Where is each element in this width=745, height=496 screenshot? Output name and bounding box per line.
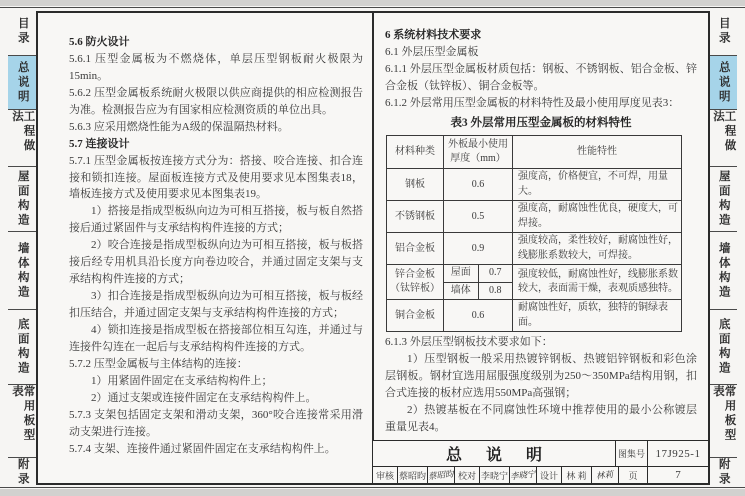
table-row: 铜合金板 0.6 耐腐蚀性好，质软，独特的铜绿表面。	[387, 300, 682, 332]
atlas-no-value: 17J925-1	[648, 441, 708, 466]
check-label: 校对	[455, 467, 480, 483]
tab-general-notes: 总说明	[709, 56, 737, 110]
table-row: 钢板 0.6 强度高，价格便宜，不可焊，用量大。	[387, 169, 682, 201]
clause-5-7-1-item-2: 2）咬合连接是指成型板纵向边为可相互搭接，板与板搭接后经专用机具沿长度方向卷边咬…	[69, 237, 363, 288]
page-border-bottom	[0, 487, 745, 488]
table3: 材料种类 外板最小使用厚度（mm） 性能特性 钢板 0.6 强度高，价格便宜，不…	[386, 135, 682, 332]
clause-6-1: 6.1 外层压型金属板	[385, 44, 697, 61]
left-tab-strip: 目录 总说明 工程做法 屋面构造 墙体构造 底面构造 常用板型表 附录	[8, 8, 36, 487]
clause-5-7-3: 5.7.3 支架包括固定支架和滑动支架，360°咬合连接常采用滑动支架进行连接。	[69, 407, 363, 441]
tab-appendix: 附录	[709, 458, 737, 487]
tab-contents: 目录	[709, 8, 737, 56]
clause-6-1-1: 6.1.1 外层压型金属板材质包括：钢板、不锈钢板、铝合金板、锌合金板（钛锌板）…	[385, 61, 697, 95]
tab-wall-construction: 墙体构造	[709, 232, 737, 310]
sheet-title: 总 说 明	[373, 441, 616, 466]
check-signature: 李晓宁	[510, 467, 537, 483]
table3-header-thickness: 外板最小使用厚度（mm）	[444, 136, 513, 169]
table3-props: 强度较低，耐腐蚀性好，线膨胀系数较大，表面需干燥，表观质感独特。	[513, 265, 682, 300]
section-6-heading: 6 系统材料技术要求	[385, 27, 697, 44]
clause-5-7-2-item-1: 1）用紧固件固定在支承结构构件上；	[69, 373, 363, 390]
document-page: 目录 总说明 工程做法 屋面构造 墙体构造 底面构造 常用板型表 附录 目录 总…	[0, 0, 745, 496]
clause-5-7-2-item-2: 2）通过支架或连接件固定在支承结构构件上。	[69, 390, 363, 407]
clause-5-7-heading: 5.7 连接设计	[69, 136, 363, 153]
right-column: 6 系统材料技术要求 6.1 外层压型金属板 6.1.1 外层压型金属板材质包括…	[374, 13, 708, 483]
clause-5-7-1-item-3: 3）扣合连接是指成型板纵向边为可相互搭接，板与板经扣压结合，并通过固定支架与支承…	[69, 288, 363, 322]
table3-thickness: 0.5	[444, 201, 513, 233]
tab-wall-construction: 墙体构造	[8, 232, 36, 310]
page-border-top	[0, 7, 745, 8]
table3-props: 强度高，价格便宜，不可焊，用量大。	[513, 169, 682, 201]
clause-5-6-heading: 5.6 防火设计	[69, 34, 363, 51]
table3-title: 表3 外层常用压型金属板的材料特性	[385, 115, 697, 133]
review-name: 蔡昭昀	[398, 467, 428, 483]
tab-soffit-construction: 底面构造	[8, 310, 36, 385]
tab-engineering-practice: 工程做法	[8, 110, 36, 167]
tab-roof-construction: 屋面构造	[8, 167, 36, 232]
table-row: 铝合金板 0.9 强度较高，柔性较好，耐腐蚀性好，线膨胀系数较大，可焊接。	[387, 233, 682, 265]
clause-6-1-2: 6.1.2 外层常用压型金属板的材料特性及最小使用厚度见表3：	[385, 95, 697, 112]
clause-5-7-2: 5.7.2 压型金属板与主体结构的连接：	[69, 356, 363, 373]
table3-thickness-split: 屋面 0.7 墙体 0.8	[444, 265, 513, 300]
tab-general-notes: 总说明	[8, 56, 36, 110]
design-name: 林 莉	[562, 467, 592, 483]
tab-appendix: 附录	[8, 458, 36, 487]
check-name: 李晓宁	[480, 467, 510, 483]
design-label: 设计	[537, 467, 562, 483]
scan-edge-bottom	[0, 489, 745, 496]
table3-props: 强度高，耐腐蚀性优良，硬度大，可焊接。	[513, 201, 682, 233]
clause-5-6-1: 5.6.1 压型金属板为不燃烧体，单层压型钢板耐火极限为15min。	[69, 51, 363, 85]
design-signature: 林莉	[592, 467, 619, 483]
tab-common-panel-table: 常用板型表	[8, 385, 36, 458]
atlas-no-label: 图集号	[616, 441, 648, 466]
clause-5-6-3: 5.6.3 应采用燃烧性能为A级的保温隔热材料。	[69, 119, 363, 136]
page-number: 7	[648, 467, 708, 483]
clause-5-7-1-item-1: 1）搭接是指成型板纵向边为可相互搭接，板与板自然搭接后通过紧固件与支承结构构件连…	[69, 203, 363, 237]
scan-edge-top	[0, 0, 745, 6]
page-label: 页	[619, 467, 648, 483]
review-signature: 蔡昭昀	[428, 467, 455, 483]
clause-5-7-1-item-4: 4）锁扣连接是指成型板在搭接部位相互勾连，并通过与连接件勾连在一起后与支承结构构…	[69, 322, 363, 356]
clause-6-1-3-item-2: 2）热镀基板在不同腐蚀性环境中推荐使用的最小公称镀层重量见表4。	[385, 402, 697, 436]
content-frame: 5.6 防火设计 5.6.1 压型金属板为不燃烧体，单层压型钢板耐火极限为15m…	[36, 11, 710, 485]
title-block: 总 说 明 图集号 17J925-1 审核 蔡昭昀 蔡昭昀 校对 李晓宁 李晓宁…	[372, 440, 708, 483]
table3-header-props: 性能特性	[513, 136, 682, 169]
clause-6-1-3: 6.1.3 外层压型钢板技术要求如下：	[385, 334, 697, 351]
tab-common-panel-table: 常用板型表	[709, 385, 737, 458]
split-row-roof: 屋面 0.7	[444, 265, 512, 283]
left-column: 5.6 防火设计 5.6.1 压型金属板为不燃烧体，单层压型钢板耐火极限为15m…	[38, 13, 372, 483]
tab-roof-construction: 屋面构造	[709, 167, 737, 232]
split-row-wall: 墙体 0.8	[444, 283, 512, 300]
table3-thickness: 0.6	[444, 169, 513, 201]
clause-5-6-2: 5.6.2 压型金属板系统耐火极限以供应商提供的相应检测报告为准。检测报告应为有…	[69, 85, 363, 119]
table3-props: 耐腐蚀性好，质软，独特的铜绿表面。	[513, 300, 682, 332]
tab-contents: 目录	[8, 8, 36, 56]
table3-material: 不锈钢板	[387, 201, 444, 233]
table3-header-row: 材料种类 外板最小使用厚度（mm） 性能特性	[387, 136, 682, 169]
table-row: 不锈钢板 0.5 强度高，耐腐蚀性优良，硬度大，可焊接。	[387, 201, 682, 233]
clause-6-1-3-item-1: 1）压型钢板一般采用热镀锌钢板、热镀铝锌钢板和彩色涂层钢板。钢材宜选用屈服强度级…	[385, 351, 697, 402]
tab-soffit-construction: 底面构造	[709, 310, 737, 385]
table3-material: 铜合金板	[387, 300, 444, 332]
table-row: 锌合金板（钛锌板） 屋面 0.7 墙体 0.8	[387, 265, 682, 300]
clause-5-7-1: 5.7.1 压型金属板按连接方式分为：搭接、咬合连接、扣合连接和锁扣连接。屋面板…	[69, 153, 363, 204]
table3-props: 强度较高，柔性较好，耐腐蚀性好，线膨胀系数较大，可焊接。	[513, 233, 682, 265]
table3-header-material: 材料种类	[387, 136, 444, 169]
clause-5-7-4: 5.7.4 支架、连接件通过紧固件固定在支承结构构件上。	[69, 441, 363, 458]
table3-material: 锌合金板（钛锌板）	[387, 265, 444, 300]
table3-material: 钢板	[387, 169, 444, 201]
table3-material: 铝合金板	[387, 233, 444, 265]
right-tab-strip: 目录 总说明 工程做法 屋面构造 墙体构造 底面构造 常用板型表 附录	[709, 8, 737, 487]
table3-thickness: 0.9	[444, 233, 513, 265]
tab-engineering-practice: 工程做法	[709, 110, 737, 167]
table3-thickness: 0.6	[444, 300, 513, 332]
review-label: 审核	[373, 467, 398, 483]
